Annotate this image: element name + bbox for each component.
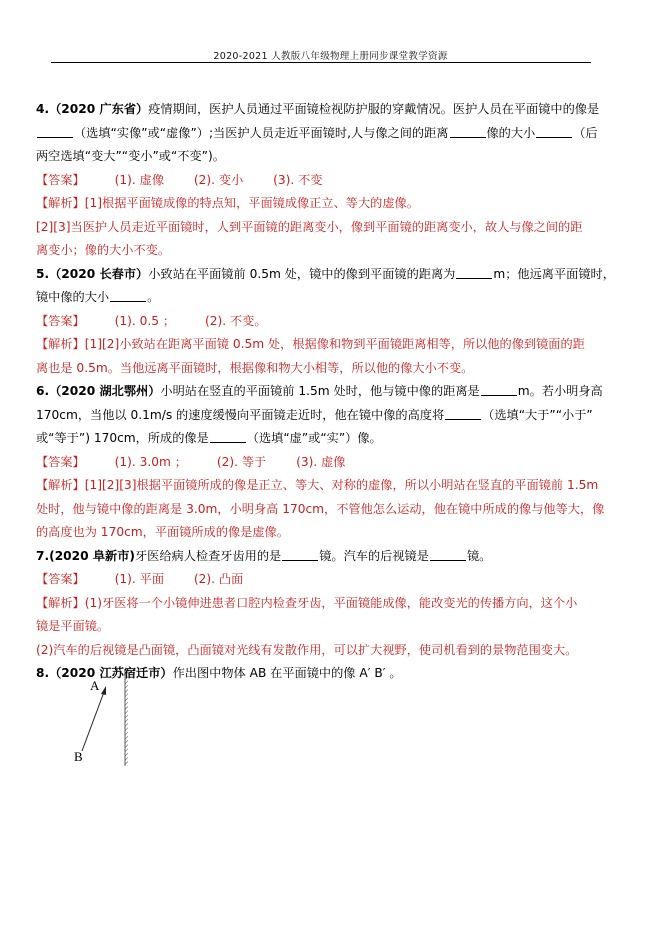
answer-label: 【答案】 bbox=[36, 314, 85, 328]
answer-label: 【答案】 bbox=[36, 572, 85, 586]
answer-item: (1). 虚像 bbox=[115, 169, 164, 193]
question-stem: 疫情期间，医护人员通过平面镜检视防护服的穿戴情况。医护人员在平面镜中的像是 bbox=[148, 102, 599, 116]
question-stem: 170cm，当他以 0.1m/s 的速度缓慢向平面镜走近时，他在镜中像的高度将 bbox=[36, 408, 444, 422]
analysis-text: (1)牙医将一个小镜伸进患者口腔内检查牙齿，平面镜能成像，能改变光的传播方向，这… bbox=[85, 596, 578, 610]
question-number: 8. bbox=[36, 666, 49, 680]
answer-blank bbox=[210, 430, 246, 443]
answer-item: (1). 平面 bbox=[115, 568, 164, 592]
question-stem: 镜。 bbox=[467, 549, 491, 563]
answer-line: 【答案】 (1). 平面 (2). 凸面 bbox=[36, 568, 628, 592]
question-stem: 镜。汽车的后视镜是 bbox=[319, 549, 429, 563]
answer-item: (1). 3.0m ； bbox=[115, 451, 187, 475]
answer-label: 【答案】 bbox=[36, 455, 85, 469]
question-stem: 。 bbox=[147, 290, 159, 304]
analysis-label: 【解析】 bbox=[36, 196, 85, 210]
mirror-figure: A B bbox=[60, 668, 150, 773]
answer-blank bbox=[282, 548, 318, 561]
answer-item: (2). 凸面 bbox=[194, 568, 243, 592]
analysis-label: 【解析】 bbox=[36, 478, 85, 492]
answer-blank bbox=[430, 548, 466, 561]
analysis-text: 离也是 0.5m。当他远离平面镜时，根据像和物大小相等，所以他的像大小不变。 bbox=[36, 361, 473, 375]
question-7: 7.(2020 阜新市)牙医给病人检查牙齿用的是镜。汽车的后视镜是镜。 【答案】… bbox=[36, 545, 628, 663]
analysis-text: [1]根据平面镜成像的特点知，平面镜成像正立、等大的虚像。 bbox=[85, 196, 419, 210]
question-6: 6.（2020 湖北鄂州）小明站在竖直的平面镜前 1.5m 处时，他与镜中像的距… bbox=[36, 380, 628, 545]
page-header: 2020-2021 人教版八年级物理上册同步课堂教学资源 bbox=[0, 48, 661, 62]
document-body: 4.（2020 广东省）疫情期间，医护人员通过平面镜检视防护服的穿戴情况。医护人… bbox=[36, 98, 628, 686]
question-stem: 或“等于”) 170cm，所成的像是 bbox=[36, 431, 209, 445]
answer-label: 【答案】 bbox=[36, 173, 85, 187]
answer-item: (1). 0.5 ； bbox=[115, 310, 175, 334]
analysis-label: 【解析】 bbox=[36, 337, 85, 351]
analysis-line: 【解析】(1)牙医将一个小镜伸进患者口腔内检查牙齿，平面镜能成像，能改变光的传播… bbox=[36, 592, 628, 616]
question-stem: （选填“大于”“小于” bbox=[482, 408, 593, 422]
question-stem: 小致站在平面镜前 0.5m 处，镜中的像到平面镜的距离为 bbox=[148, 267, 455, 281]
question-stem: 两空选填“变大”“变小”或“不变”)。 bbox=[36, 149, 225, 163]
analysis-text: 离变小；像的大小不变。 bbox=[36, 243, 170, 257]
object-arrow-ab bbox=[82, 686, 106, 751]
analysis-line: 【解析】[1][2][3]根据平面镜所成的像是正立、等大、对称的虚像，所以小明站… bbox=[36, 474, 628, 498]
answer-blank bbox=[456, 266, 492, 279]
header-divider bbox=[51, 62, 591, 63]
question-source: （2020 湖北鄂州） bbox=[49, 384, 160, 398]
analysis-line: 【解析】[1]根据平面镜成像的特点知，平面镜成像正立、等大的虚像。 bbox=[36, 192, 628, 216]
answer-blank bbox=[110, 289, 146, 302]
answer-blank bbox=[445, 407, 481, 420]
analysis-label: 【解析】 bbox=[36, 596, 85, 610]
answer-item: (2). 不变。 bbox=[205, 310, 267, 334]
answer-item: (2). 变小 bbox=[194, 169, 243, 193]
question-source: (2020 阜新市) bbox=[49, 549, 135, 563]
question-stem: 牙医给病人检查牙齿用的是 bbox=[135, 549, 281, 563]
answer-line: 【答案】 (1). 0.5 ； (2). 不变。 bbox=[36, 310, 628, 334]
answer-blank bbox=[481, 383, 517, 396]
question-4: 4.（2020 广东省）疫情期间，医护人员通过平面镜检视防护服的穿戴情况。医护人… bbox=[36, 98, 628, 263]
question-stem: m；他远离平面镜时， bbox=[493, 267, 615, 281]
question-source: （2020 广东省） bbox=[49, 102, 148, 116]
question-number: 5. bbox=[36, 267, 49, 281]
question-5: 5.（2020 长春市）小致站在平面镜前 0.5m 处，镜中的像到平面镜的距离为… bbox=[36, 263, 628, 381]
answer-line: 【答案】 (1). 虚像 (2). 变小 (3). 不变 bbox=[36, 169, 628, 193]
analysis-text: 的高度也为 170cm，平面镜所成的像是虚像。 bbox=[36, 525, 289, 539]
label-b: B bbox=[74, 749, 83, 764]
question-stem: （选填“虚”或“实”）像。 bbox=[247, 431, 382, 445]
answer-blank bbox=[536, 125, 572, 138]
answer-item: (2). 等于 bbox=[217, 451, 266, 475]
question-stem: （后 bbox=[573, 126, 597, 140]
answer-blank bbox=[37, 125, 73, 138]
analysis-line: 【解析】[1][2]小致站在距离平面镜 0.5m 处，根据像和物到平面镜距离相等… bbox=[36, 333, 628, 357]
answer-line: 【答案】 (1). 3.0m ； (2). 等于 (3). 虚像 bbox=[36, 451, 628, 475]
answer-item: (3). 不变 bbox=[273, 169, 322, 193]
analysis-text: 镜是平面镜。 bbox=[36, 619, 109, 633]
question-stem: （选填“实像”或“虚像”）;当医护人员走近平面镜时,人与像之间的距离 bbox=[74, 126, 449, 140]
analysis-text: [1][2][3]根据平面镜所成的像是正立、等大、对称的虚像，所以小明站在竖直的… bbox=[85, 478, 598, 492]
plane-mirror bbox=[125, 670, 128, 766]
question-number: 7. bbox=[36, 549, 49, 563]
question-stem: 像的大小 bbox=[487, 126, 536, 140]
question-stem: 镜中像的大小 bbox=[36, 290, 109, 304]
question-number: 4. bbox=[36, 102, 49, 116]
question-source: （2020 长春市） bbox=[49, 267, 148, 281]
question-stem: m。若小明身高 bbox=[518, 384, 603, 398]
question-stem: 小明站在竖直的平面镜前 1.5m 处时，他与镜中像的距离是 bbox=[160, 384, 479, 398]
label-a: A bbox=[90, 678, 100, 693]
analysis-text: [2][3]当医护人员走近平面镜时，人到平面镜的距离变小，像到平面镜的距离变小，… bbox=[36, 220, 582, 234]
answer-item: (3). 虚像 bbox=[296, 451, 345, 475]
analysis-text: (2)汽车的后视镜是凸面镜，凸面镜对光线有发散作用，可以扩大视野，使司机看到的景… bbox=[36, 643, 577, 657]
question-number: 6. bbox=[36, 384, 49, 398]
answer-blank bbox=[450, 125, 486, 138]
analysis-text: 处时，他与镜中像的距离是 3.0m，小明身高 170cm，不管他怎么运动，他在镜… bbox=[36, 502, 604, 516]
analysis-text: [1][2]小致站在距离平面镜 0.5m 处，根据像和物到平面镜距离相等，所以他… bbox=[85, 337, 585, 351]
question-stem: 作出图中物体 AB 在平面镜中的像 A′ B′ 。 bbox=[173, 666, 402, 680]
